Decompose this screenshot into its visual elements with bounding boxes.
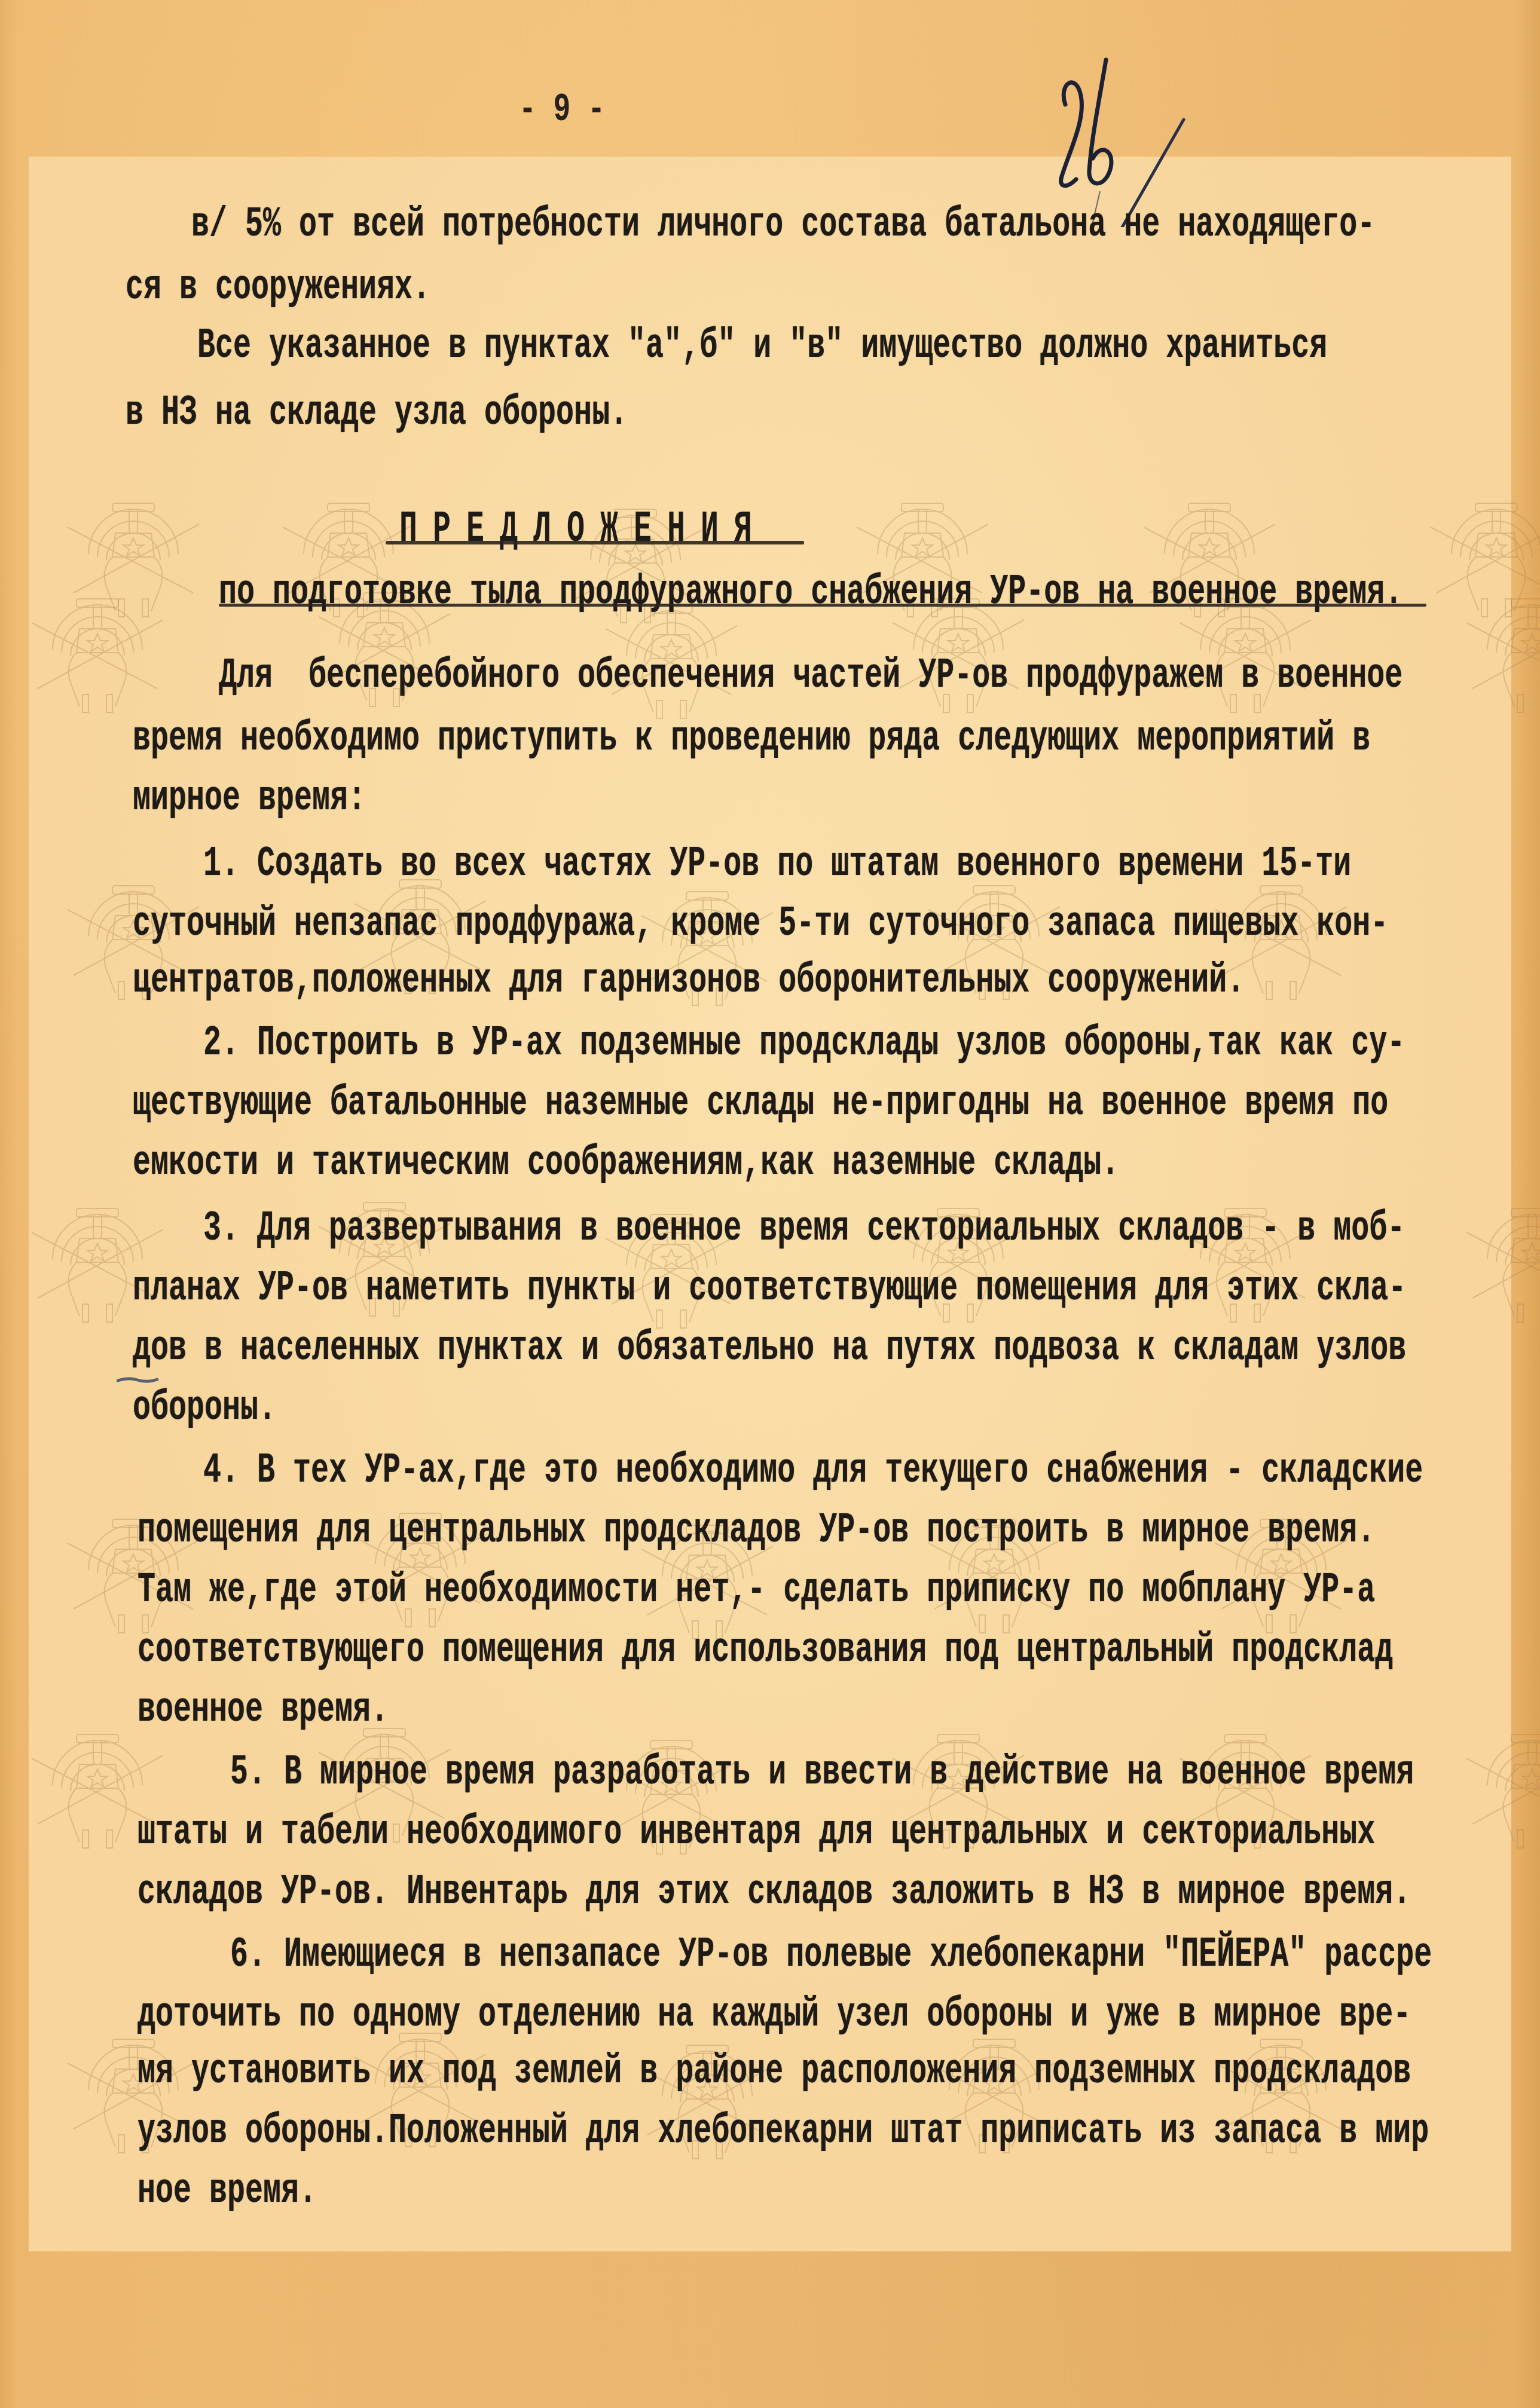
list-item-4-line: Там же,где этой необходимости нет,- сдел… — [137, 1570, 1375, 1613]
text-line: ся в сооружениях. — [126, 267, 430, 310]
list-item-6-line: доточить по одному отделению на каждый у… — [137, 1994, 1411, 2037]
list-item-5-line: 5. В мирное время разработать и ввести в… — [230, 1752, 1414, 1795]
list-item-1-line: суточный непзапас продфуража, кроме 5-ти… — [133, 904, 1388, 946]
list-item-2-line: ществующие батальонные наземные склады н… — [133, 1083, 1388, 1125]
list-item-5-line: складов УР-ов. Инвентарь для этих складо… — [137, 1872, 1411, 1914]
list-item-6-line: ное время. — [137, 2171, 317, 2213]
list-item-1-line: 1. Создать во всех частях УР-ов по штата… — [203, 844, 1351, 886]
list-item-3-line: обороны. — [133, 1388, 276, 1430]
pencil-underline-mark — [117, 1376, 158, 1384]
text-line: Для бесперебойного обеспечения частей УР… — [219, 656, 1402, 698]
list-item-4-line: 4. В тех УР-ах,где это необходимо для те… — [203, 1451, 1423, 1493]
list-item-4-line: соответствующего помещения для использов… — [137, 1630, 1393, 1672]
text-line: время необходимо приступить к проведению… — [133, 718, 1370, 761]
text-line: в НЗ на складе узла обороны. — [126, 393, 628, 435]
text-line: мирное время: — [133, 778, 366, 821]
list-item-3-line: 3. Для развертывания в военное время сек… — [203, 1208, 1405, 1251]
list-item-3-line: дов в населенных пунктах и обязательно н… — [133, 1328, 1406, 1370]
section-subtitle: по подготовке тыла продфуражного снабжен… — [219, 572, 1402, 614]
title-underline — [386, 541, 804, 544]
text-line: Все указанное в пунктах "а",б" и "в" иму… — [197, 326, 1327, 368]
section-title: П Р Е Д Л О Ж Е Н И Я — [399, 508, 751, 553]
list-item-1-line: центратов,положенных для гарнизонов обор… — [133, 960, 1245, 1003]
list-item-2-line: 2. Построить в УР-ах подземные продсклад… — [203, 1023, 1405, 1066]
text-line: в/ 5% от всей потребности личного состав… — [191, 204, 1375, 247]
list-item-6-line: мя установить их под землей в районе рас… — [137, 2051, 1411, 2094]
list-item-3-line: планах УР-ов наметить пункты и соответст… — [133, 1268, 1406, 1311]
list-item-2-line: емкости и тактическим соображениям,как н… — [133, 1143, 1119, 1185]
list-item-4-line: помещения для центральных продскладов УР… — [137, 1510, 1375, 1553]
list-item-4-line: военное время. — [137, 1690, 389, 1732]
page-number: - 9 - — [519, 90, 605, 130]
subtitle-underline — [219, 604, 1426, 607]
list-item-6-line: узлов обороны.Положенный для хлебопекарн… — [137, 2111, 1429, 2153]
list-item-6-line: 6. Имеющиеся в непзапасе УР-ов полевые х… — [230, 1935, 1432, 1977]
list-item-5-line: штаты и табели необходимого инвентаря дл… — [137, 1812, 1375, 1855]
